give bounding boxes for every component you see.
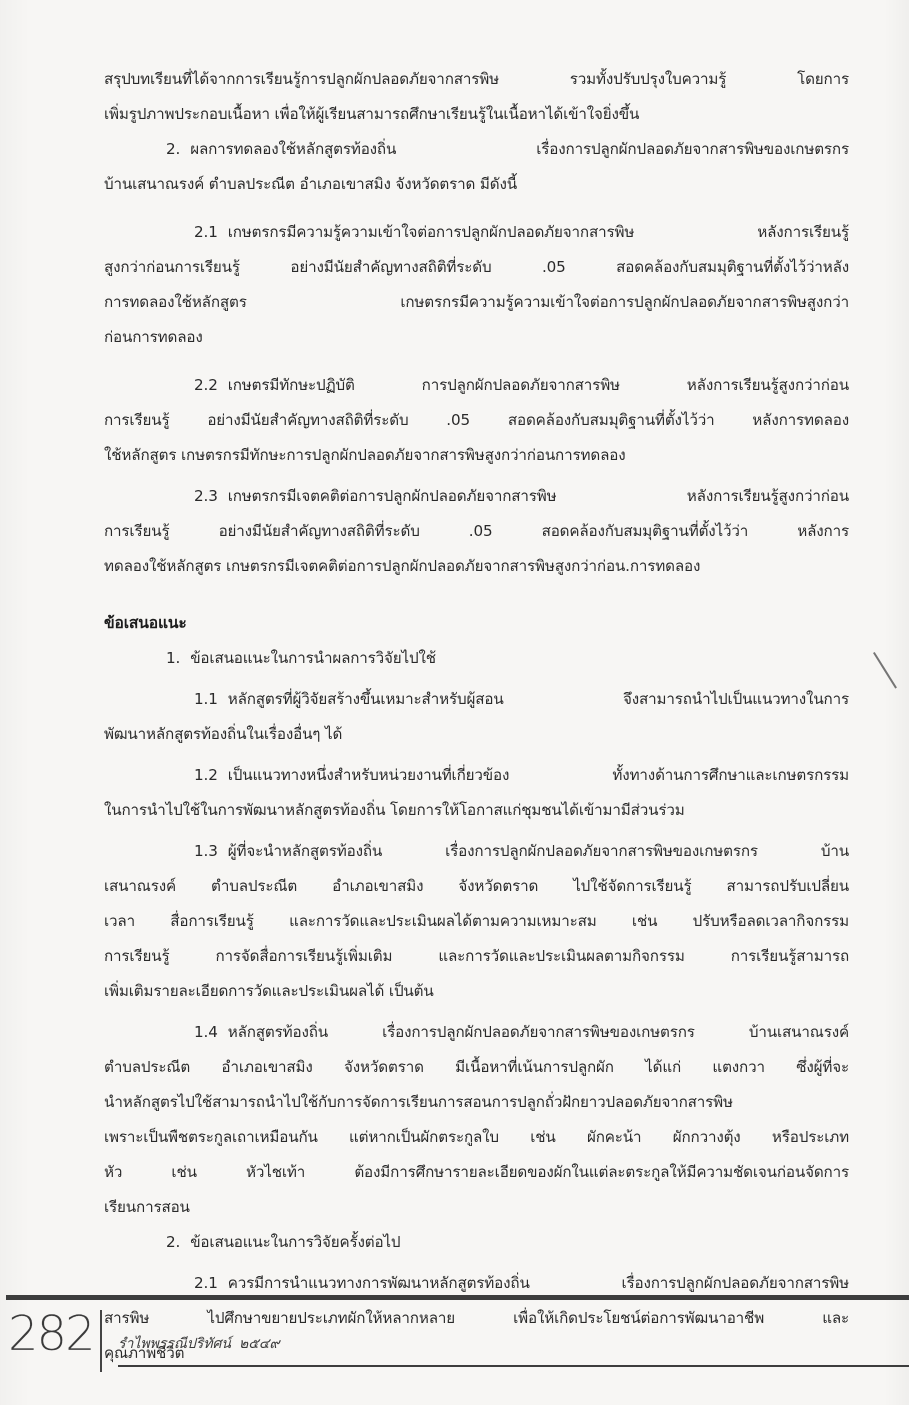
- paragraph-line: เพิ่มเติมรายละเอียดการวัดและประเมินผลได้…: [104, 974, 849, 1009]
- rec-2-line: 2.ข้อเสนอแนะในการวิจัยครั้งต่อไป: [104, 1225, 849, 1260]
- rec-1-line: 1.ข้อเสนอแนะในการนำผลการวิจัยไปใช้: [104, 641, 849, 676]
- item-number: 1.1: [194, 690, 218, 708]
- footer-thick-rule: [6, 1295, 909, 1300]
- result-2-2-line: 2.2เกษตรมีทักษะปฏิบัติ การปลูกผักปลอดภัย…: [104, 368, 849, 403]
- item-number: 2.1: [194, 223, 218, 241]
- result-2-line: 2.ผลการทดลองใช้หลักสูตรท้องถิ่น เรื่องกา…: [104, 132, 849, 167]
- item-number: 2.2: [194, 376, 218, 394]
- result-2-3-line: 2.3เกษตรกรมีเจตคติต่อการปลูกผักปลอดภัยจา…: [104, 479, 849, 514]
- paragraph-line: เพราะเป็นพืชตระกูลเถาเหมือนกัน แต่หากเป็…: [104, 1120, 849, 1155]
- paragraph-line: เรียนการสอน: [104, 1190, 849, 1225]
- paragraph-line: พัฒนาหลักสูตรท้องถิ่นในเรื่องอื่นๆ ได้: [104, 717, 849, 752]
- item-number: 2.: [166, 140, 180, 158]
- item-number: 2.3: [194, 487, 218, 505]
- item-number: 1.: [166, 649, 180, 667]
- paragraph-line: การเรียนรู้ การจัดสื่อการเรียนรู้เพิ่มเต…: [104, 939, 849, 974]
- footer-thin-rule: [118, 1365, 909, 1367]
- paragraph-line: นำหลักสูตรไปใช้สามารถนำไปใช้กับการจัดการ…: [104, 1085, 849, 1120]
- paragraph-line: ทดลองใช้หลักสูตร เกษตรกรมีเจตคติต่อการปล…: [104, 549, 849, 584]
- paragraph-line: เสนาณรงค์ ตำบลประณีต อำเภอเขาสมิง จังหวั…: [104, 869, 849, 904]
- paragraph-line: เวลา สื่อการเรียนรู้ และการวัดและประเมิน…: [104, 904, 849, 939]
- item-number: 2.1: [194, 1274, 218, 1292]
- paragraph-line: สรุปบทเรียนที่ได้จากการเรียนรู้การปลูกผั…: [104, 62, 849, 97]
- paragraph-line: หัว เช่น หัวไชเท้า ต้องมีการศึกษารายละเอ…: [104, 1155, 849, 1190]
- footer-divider: [100, 1310, 102, 1372]
- journal-year: ๒๕๔๙: [239, 1336, 280, 1352]
- rec-1-4-line: 1.4หลักสูตรท้องถิ่น เรื่องการปลูกผักปลอด…: [104, 1015, 849, 1050]
- rec-1-1-line: 1.1หลักสูตรที่ผู้วิจัยสร้างขึ้นเหมาะสำหร…: [104, 682, 849, 717]
- journal-title: รำไพพรรณีปริทัศน์๒๕๔๙: [118, 1333, 280, 1355]
- paragraph-line: สารพิษ ไปศึกษาขยายประเภทผักให้หลากหลาย เ…: [104, 1301, 849, 1336]
- item-number: 2.: [166, 1233, 180, 1251]
- paragraph-line: การเรียนรู้ อย่างมีนัยสำคัญทางสถิติที่ระ…: [104, 514, 849, 549]
- result-2-1-line: 2.1เกษตรกรมีความรู้ความเข้าใจต่อการปลูกผ…: [104, 215, 849, 250]
- section-heading-recommendations: ข้อเสนอแนะ: [104, 606, 849, 641]
- rec-1-2-line: 1.2เป็นแนวทางหนึ่งสำหรับหน่วยงานที่เกี่ย…: [104, 758, 849, 793]
- paragraph-line: ก่อนการทดลอง: [104, 320, 849, 355]
- rec-1-3-line: 1.3ผู้ที่จะนำหลักสูตรท้องถิ่น เรื่องการป…: [104, 834, 849, 869]
- paragraph-line: ตำบลประณีต อำเภอเขาสมิง จังหวัดตราด มีเน…: [104, 1050, 849, 1085]
- paragraph-line: ในการนำไปใช้ในการพัฒนาหลักสูตรท้องถิ่น โ…: [104, 793, 849, 828]
- paragraph-line: สูงกว่าก่อนการเรียนรู้ อย่างมีนัยสำคัญทา…: [104, 250, 849, 285]
- paragraph-line: ใช้หลักสูตร เกษตรกรมีทักษะการปลูกผักปลอด…: [104, 438, 849, 473]
- paragraph-line: การทดลองใช้หลักสูตร เกษตรกรมีความรู้ความ…: [104, 285, 849, 320]
- paragraph-line: การเรียนรู้ อย่างมีนัยสำคัญทางสถิติที่ระ…: [104, 403, 849, 438]
- item-number: 1.4: [194, 1023, 218, 1041]
- paragraph-line: เพิ่มรูปภาพประกอบเนื้อหา เพื่อให้ผู้เรีย…: [104, 97, 849, 132]
- paragraph-line: บ้านเสนาณรงค์ ตำบลประณีต อำเภอเขาสมิง จั…: [104, 167, 849, 202]
- document-body: สรุปบทเรียนที่ได้จากการเรียนรู้การปลูกผั…: [104, 62, 849, 1371]
- journal-name: รำไพพรรณีปริทัศน์: [118, 1336, 231, 1352]
- item-number: 1.2: [194, 766, 218, 784]
- item-number: 1.3: [194, 842, 218, 860]
- page-number: 282: [8, 1306, 94, 1362]
